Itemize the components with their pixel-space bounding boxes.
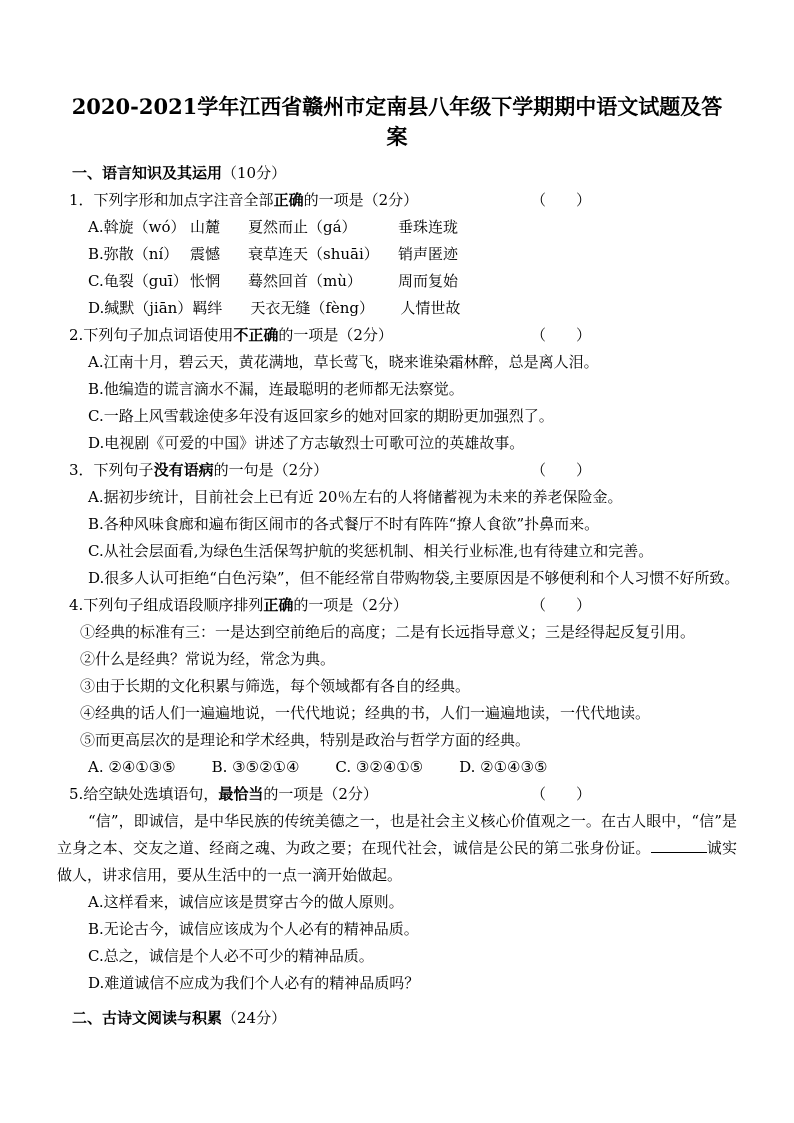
- question-4-stem: 4.下列句子组成语段顺序排列正确的一项是（2分）（ ）: [69, 592, 737, 619]
- q1-option-c-phrase1: 蓦然回首（mù）: [248, 268, 398, 295]
- q1-option-b-phrase2: 销声匿迹: [398, 241, 458, 268]
- q4-sentence-4: ④经典的话人们一遍遍地说，一代代地说；经典的书，人们一遍遍地读，一代代地读。: [80, 700, 737, 727]
- q5-option-b: B.无论古今，诚信应该成为个人必有的精神品质。: [88, 916, 737, 943]
- q2-stem-pre: 下列句子加点词语使用: [83, 326, 233, 344]
- q1-option-c-word1: C.龟裂（guī）: [88, 268, 190, 295]
- q4-choice-a: A. ②④①③⑤: [88, 754, 176, 781]
- q5-number: 5.: [69, 785, 83, 803]
- q4-sentence-3: ③由于长期的文化积累与筛选，每个领域都有各自的经典。: [80, 673, 737, 700]
- q2-number: 2.: [69, 326, 83, 344]
- q1-option-c-phrase2: 周而复始: [398, 268, 458, 295]
- page-title: 2020-2021学年江西省赣州市定南县八年级下学期期中语文试题及答案: [66, 92, 728, 152]
- q5-answer-slot: （ ）: [531, 781, 591, 808]
- q5-passage: “信”，即诚信，是中华民族的传统美德之一，也是社会主义核心价值观之一。在古人眼中…: [57, 808, 737, 889]
- q5-option-a: A.这样看来，诚信应该是贯穿古今的做人原则。: [88, 889, 737, 916]
- q1-option-d: D.缄默（jiān）羁绊天衣无缝（fèng）人情世故: [88, 295, 737, 322]
- q5-stem-keyword: 最恰当: [218, 785, 263, 803]
- question-1-stem: 1．下列字形和加点字注音全部正确的一项是（2分）（ ）: [69, 187, 737, 214]
- q1-option-d-phrase2: 人情世故: [400, 295, 460, 322]
- q3-option-c: C.从社会层面看,为绿色生活保驾护航的奖惩机制、相关行业标准,也有待建立和完善。: [88, 538, 737, 565]
- q3-option-d: D.很多人认可拒绝“白色污染”，但不能经常自带购物袋,主要原因是不够便利和个人习…: [88, 565, 737, 592]
- q1-answer-slot: （ ）: [531, 187, 591, 214]
- q5-option-c: C.总之，诚信是个人必不可少的精神品质。: [88, 943, 737, 970]
- q1-stem-post: 的一项是（2分）: [304, 191, 419, 209]
- q3-number: 3．: [69, 461, 94, 479]
- section-2-score: （24分）: [222, 1009, 286, 1027]
- question-3-stem: 3．下列句子没有语病的一句是（2分）（ ）: [69, 457, 737, 484]
- exam-page: 2020-2021学年江西省赣州市定南县八年级下学期期中语文试题及答案 一、语言…: [0, 0, 794, 1032]
- section-heading-1: 一、语言知识及其运用（10分）: [72, 160, 737, 187]
- q1-option-c: C.龟裂（guī）怅惘蓦然回首（mù）周而复始: [88, 268, 737, 295]
- q2-option-c: C.一路上风雪载途使多年没有返回家乡的她对回家的期盼更加强烈了。: [88, 403, 737, 430]
- q1-stem-keyword: 正确: [274, 191, 304, 209]
- q2-stem-keyword: 不正确: [233, 326, 278, 344]
- question-2-stem: 2.下列句子加点词语使用不正确的一项是（2分）（ ）: [69, 322, 737, 349]
- q1-option-d-word1: D.缄默（jiān）: [88, 295, 192, 322]
- q1-option-b-word1: B.弥散（ní）: [88, 241, 190, 268]
- q1-option-a-phrase1: 夏然而止（gá）: [248, 214, 398, 241]
- q2-option-a: A.江南十月，碧云天，黄花满地，草长莺飞，晓来谁染霜林醉，总是离人泪。: [88, 349, 737, 376]
- q3-stem-keyword: 没有语病: [154, 461, 214, 479]
- q5-stem-pre: 给空缺处选填语句，: [83, 785, 218, 803]
- q1-option-d-word2: 羁绊: [192, 295, 250, 322]
- section-heading-2: 二、古诗文阅读与积累（24分）: [72, 1005, 737, 1032]
- q4-stem-keyword: 正确: [263, 596, 293, 614]
- q3-answer-slot: （ ）: [531, 457, 591, 484]
- q4-choice-c: C. ③②④①⑤: [335, 754, 423, 781]
- q3-option-b: B.各种风味食廊和遍布街区闹市的各式餐厅不时有阵阵“撩人食欲”扑鼻而来。: [88, 511, 737, 538]
- q4-stem-pre: 下列句子组成语段顺序排列: [83, 596, 263, 614]
- q4-stem-post: 的一项是（2分）: [293, 596, 408, 614]
- q1-option-a-word1: A.斡旋（wó）: [88, 214, 190, 241]
- q4-sentence-1: ①经典的标准有三：一是达到空前绝后的高度；二是有长远指导意义；三是经得起反复引用…: [80, 619, 737, 646]
- q1-option-d-phrase1: 天衣无缝（fèng）: [250, 295, 400, 322]
- q1-option-b-phrase1: 衰草连天（shuāi）: [248, 241, 398, 268]
- q3-option-a: A.据初步统计，目前社会上已有近 20％左右的人将储蓄视为未来的养老保险金。: [88, 484, 737, 511]
- q4-answer-slot: （ ）: [531, 592, 591, 619]
- q1-option-a: A.斡旋（wó）山麓夏然而止（gá）垂珠连珑: [88, 214, 737, 241]
- question-5-stem: 5.给空缺处选填语句，最恰当的一项是（2分）（ ）: [69, 781, 737, 808]
- q5-option-d: D.难道诚信不应成为我们个人必有的精神品质吗？: [88, 970, 737, 997]
- q1-option-c-word2: 怅惘: [190, 268, 248, 295]
- q5-passage-before-blank: “信”，即诚信，是中华民族的传统美德之一，也是社会主义核心价值观之一。在古人眼中…: [57, 812, 737, 857]
- q4-choices-row: A. ②④①③⑤B. ③⑤②①④C. ③②④①⑤D. ②①④③⑤: [88, 754, 737, 781]
- section-1-score: （10分）: [222, 164, 286, 182]
- q2-option-b: B.他编造的谎言滴水不漏，连最聪明的老师都无法察觉。: [88, 376, 737, 403]
- q1-option-b: B.弥散（ní）震憾衰草连天（shuāi）销声匿迹: [88, 241, 737, 268]
- q1-number: 1．: [69, 191, 94, 209]
- q4-sentence-5: ⑤而更高层次的是理论和学术经典，特别是政治与哲学方面的经典。: [80, 727, 737, 754]
- q4-number: 4.: [69, 596, 83, 614]
- q1-option-b-word2: 震憾: [190, 241, 248, 268]
- q1-option-a-word2: 山麓: [190, 214, 248, 241]
- q2-stem-post: 的一项是（2分）: [278, 326, 393, 344]
- q4-sentence-2: ②什么是经典？常说为经，常念为典。: [80, 646, 737, 673]
- q4-choice-d: D. ②①④③⑤: [459, 754, 547, 781]
- q1-option-a-phrase2: 垂珠连珑: [398, 214, 458, 241]
- q2-answer-slot: （ ）: [531, 322, 591, 349]
- q5-fill-blank-line: [651, 838, 707, 853]
- q3-stem-pre: 下列句子: [94, 461, 154, 479]
- q5-stem-post: 的一项是（2分）: [263, 785, 378, 803]
- q1-stem-pre: 下列字形和加点字注音全部: [94, 191, 274, 209]
- q4-choice-b: B. ③⑤②①④: [212, 754, 300, 781]
- q3-stem-post: 的一句是（2分）: [214, 461, 329, 479]
- section-1-name: 一、语言知识及其运用: [72, 164, 222, 182]
- q2-option-d: D.电视剧《可爱的中国》讲述了方志敏烈士可歌可泣的英雄故事。: [88, 430, 737, 457]
- section-2-name: 二、古诗文阅读与积累: [72, 1009, 222, 1027]
